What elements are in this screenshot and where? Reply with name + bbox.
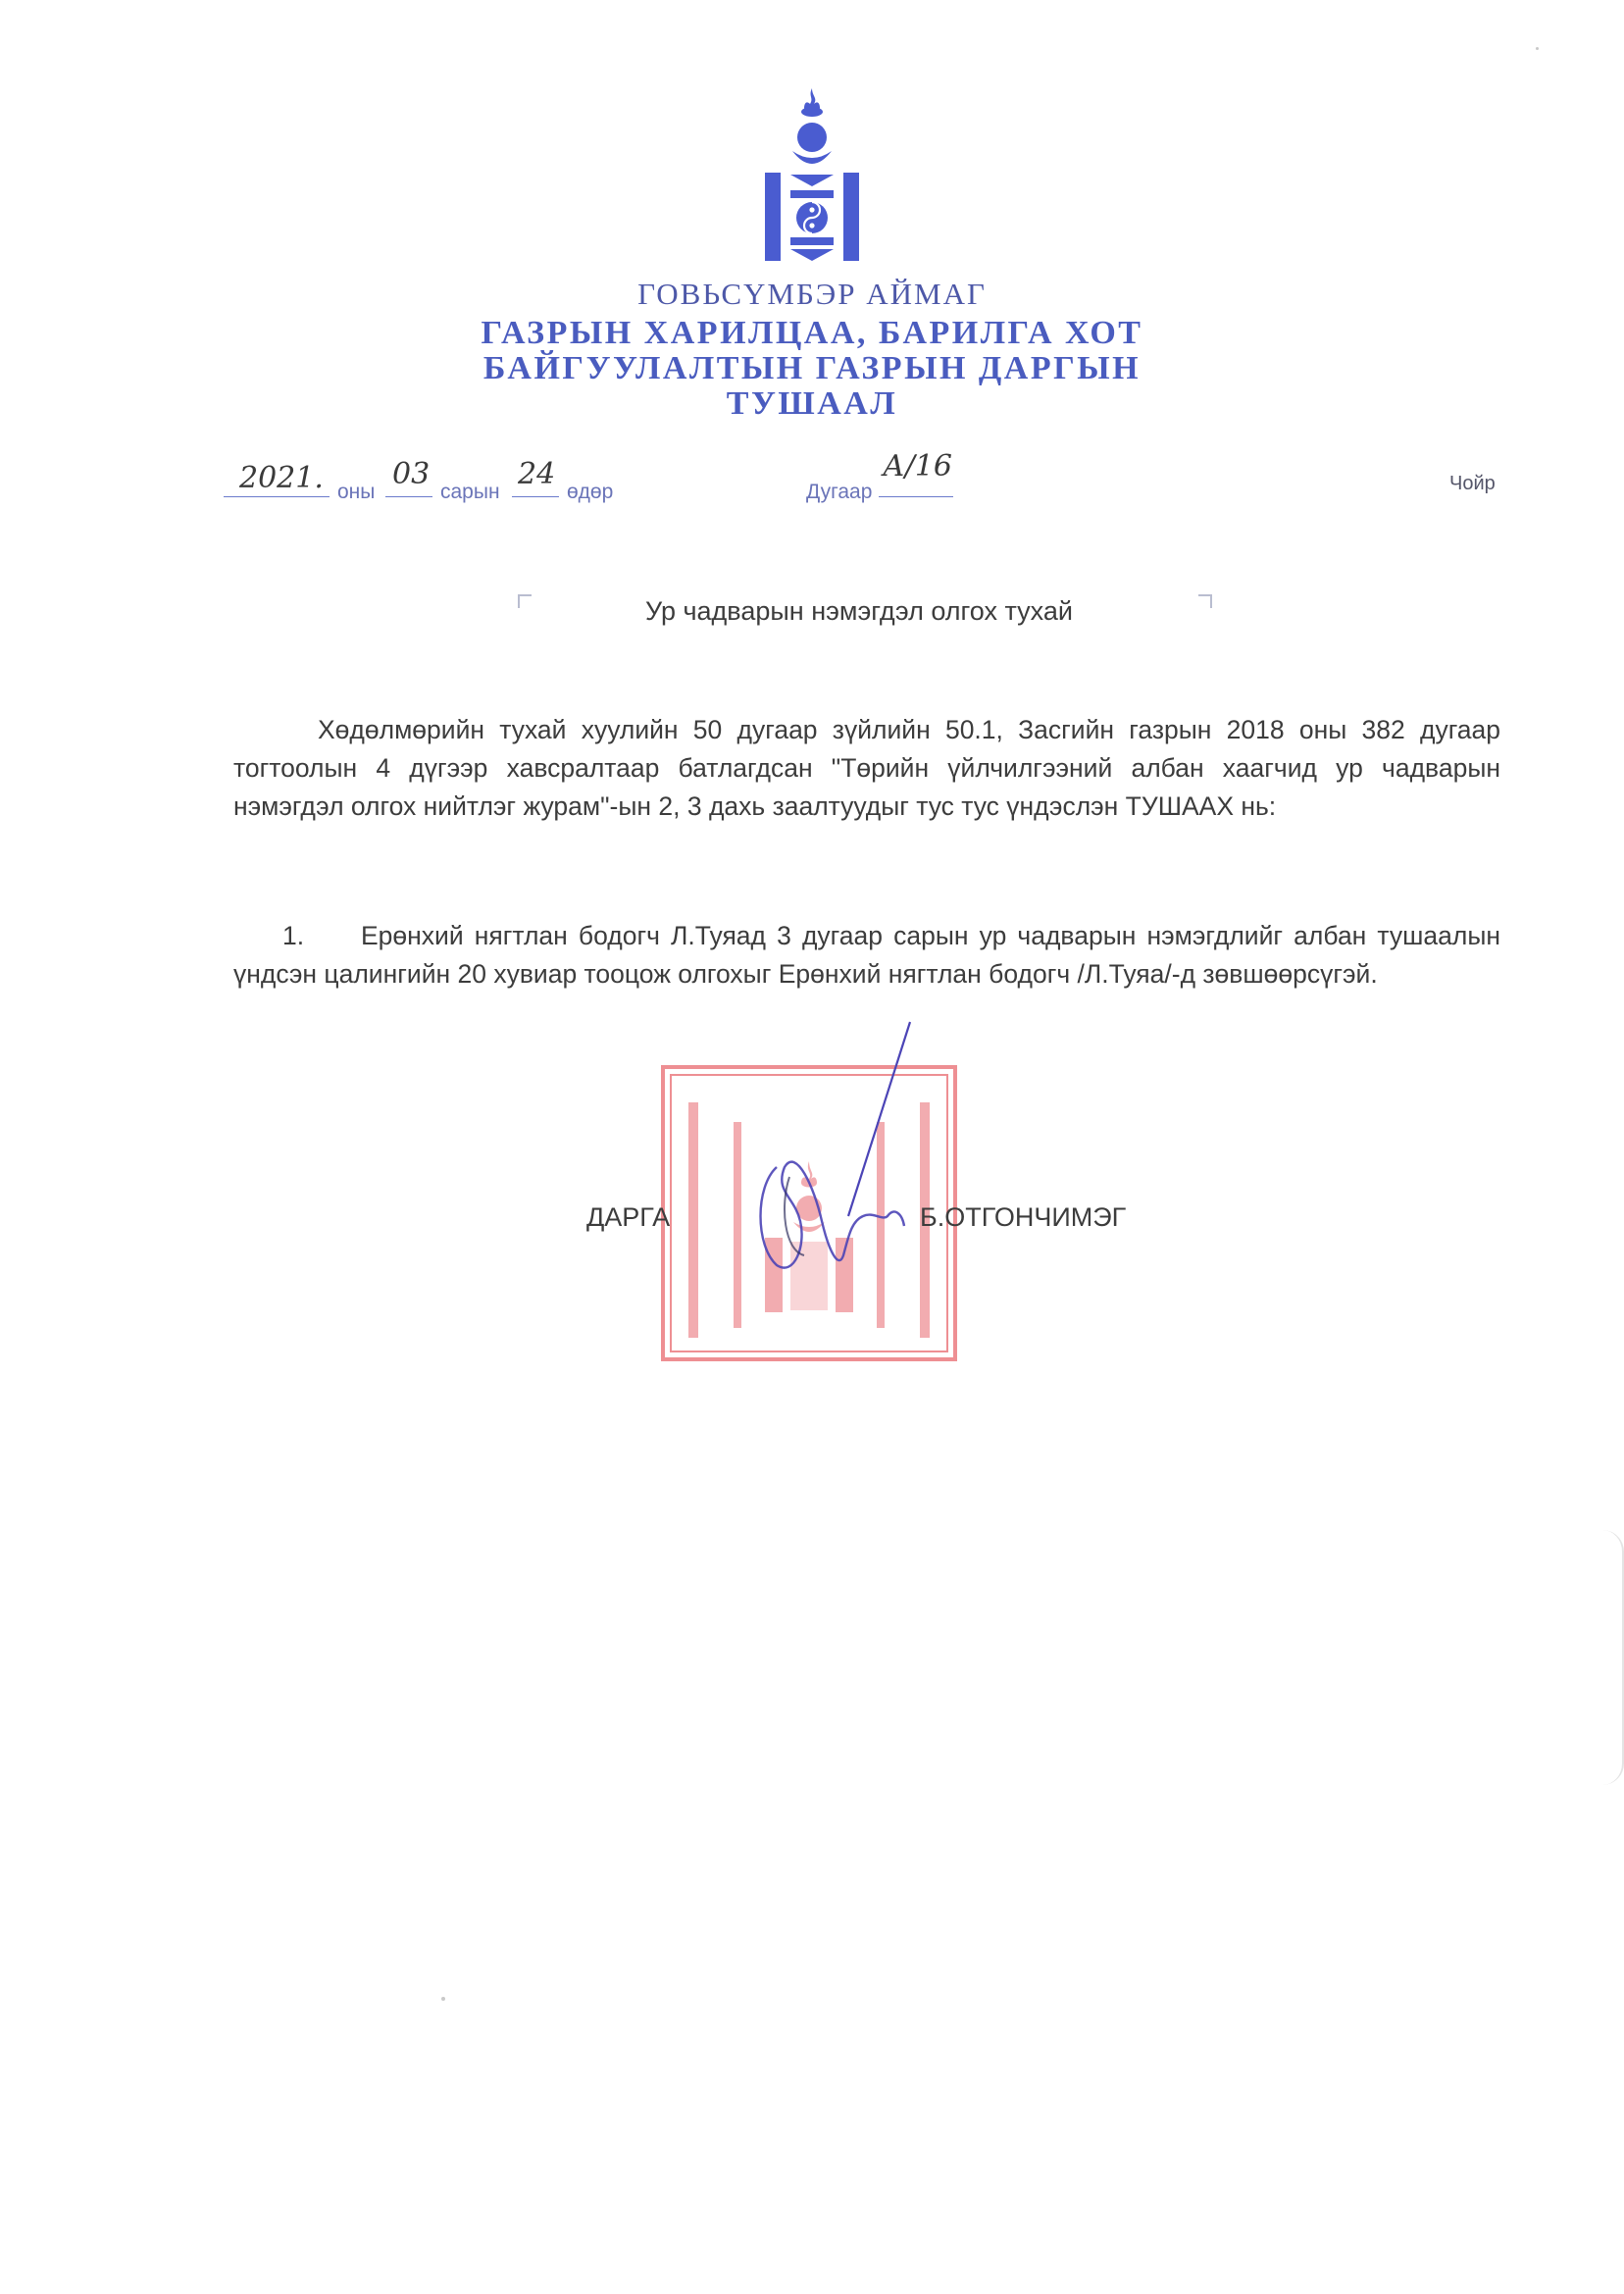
- order-item-text: Ерөнхий нягтлан бодогч Л.Туяад 3 дугаар …: [233, 921, 1500, 989]
- day-value: 24: [518, 457, 555, 491]
- document-type: ТУШААЛ: [0, 385, 1624, 423]
- number-label: Дугаар: [806, 481, 872, 504]
- organization-name: ГАЗРЫН ХАРИЛЦАА, БАРИЛГА ХОТ БАЙГУУЛАЛТЫ…: [0, 316, 1624, 386]
- preamble-paragraph: Хөдөлмөрийн тухай хуулийн 50 дугаар зүйл…: [233, 711, 1500, 826]
- order-item: 1.Ерөнхий нягтлан бодогч Л.Туяад 3 дугаа…: [233, 917, 1500, 994]
- scan-speck: [441, 1997, 445, 2001]
- date-number-row: 2021. оны 03 сарын 24 өдөр Дугаар А/16 Ч…: [0, 469, 1624, 518]
- document-page: ГОВЬСҮМБЭР АЙМАГ ГАЗРЫН ХАРИЛЦАА, БАРИЛГ…: [0, 0, 1624, 2294]
- number-value: А/16: [883, 449, 952, 484]
- soyombo-emblem-icon: [763, 86, 861, 263]
- location-label: Чойр: [1449, 473, 1496, 495]
- handwritten-signature: [716, 1020, 971, 1314]
- organization-line-2: БАЙГУУЛАЛТЫН ГАЗРЫН ДАРГЫН: [0, 351, 1624, 386]
- document-title: Ур чадварын нэмэгдэл олгох тухай: [0, 596, 1624, 627]
- province-name: ГОВЬСҮМБЭР АЙМАГ: [0, 277, 1624, 312]
- year-label: оны: [337, 481, 375, 504]
- day-label: өдөр: [567, 481, 613, 504]
- year-value: 2021.: [239, 461, 324, 495]
- order-item-number: 1.: [233, 917, 361, 955]
- page-edge-fold: [1602, 1530, 1624, 1785]
- signatory-title: ДАРГА: [586, 1202, 670, 1233]
- month-value: 03: [392, 457, 430, 491]
- signatory-name: Б.ОТГОНЧИМЭГ: [920, 1202, 1126, 1233]
- organization-line-1: ГАЗРЫН ХАРИЛЦАА, БАРИЛГА ХОТ: [0, 316, 1624, 351]
- month-label: сарын: [440, 481, 500, 504]
- scan-speck: [1536, 47, 1539, 50]
